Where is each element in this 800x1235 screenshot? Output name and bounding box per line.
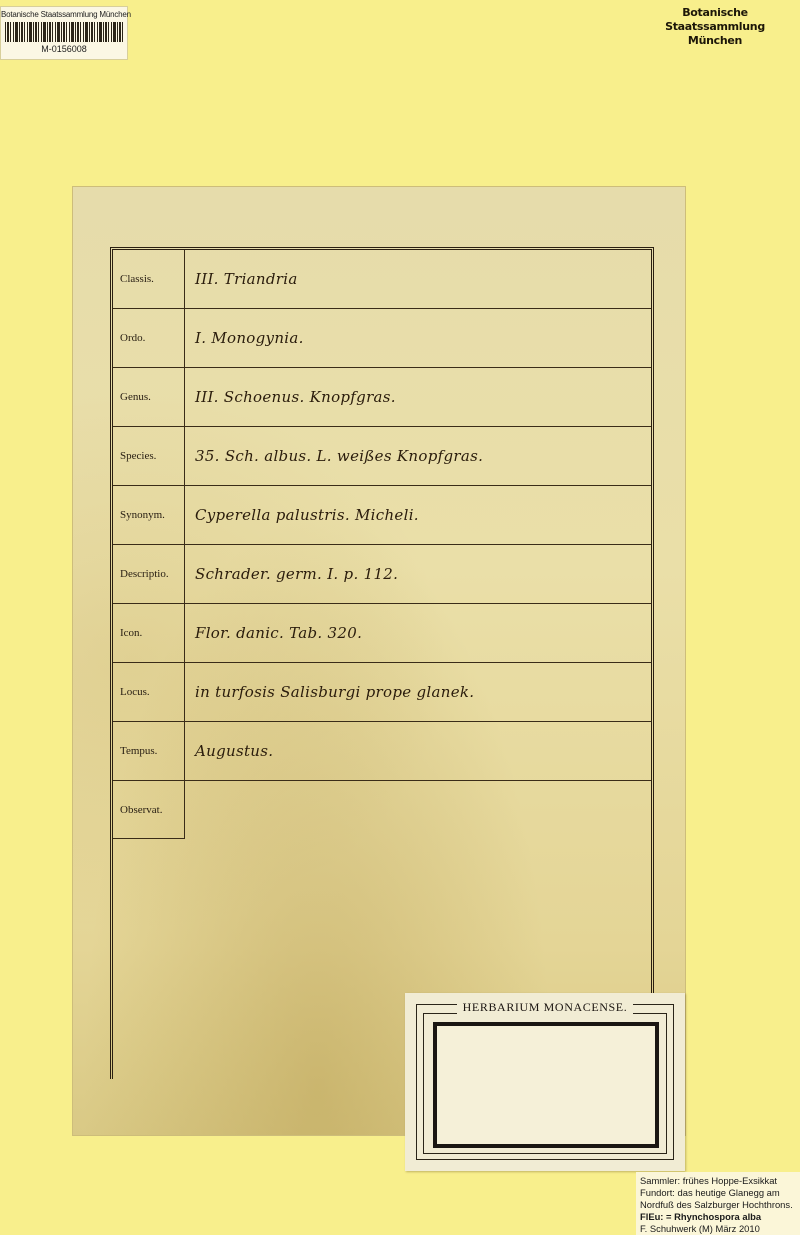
field-value: Flor. danic. Tab. 320. bbox=[185, 604, 651, 662]
label-blank-box bbox=[433, 1022, 659, 1148]
field-value: Schrader. germ. I. p. 112. bbox=[185, 545, 651, 603]
barcode-icon bbox=[5, 22, 123, 42]
field-label: Ordo. bbox=[113, 309, 185, 367]
form-row-genus: Genus. III. Schoenus. Knopfgras. bbox=[113, 368, 651, 427]
barcode-label: Botanische Staatssammlung München M-0156… bbox=[0, 6, 128, 60]
herbarium-label: HERBARIUM MONACENSE. bbox=[405, 993, 685, 1171]
stamp-line: Staatssammlung bbox=[660, 20, 770, 34]
field-value: Cyperella palustris. Micheli. bbox=[185, 486, 651, 544]
annotation-determination: FlEu: = Rhynchospora alba bbox=[640, 1211, 800, 1223]
institution-name: Botanische Staatssammlung München bbox=[1, 10, 127, 19]
field-label: Icon. bbox=[113, 604, 185, 662]
field-value: III. Schoenus. Knopfgras. bbox=[185, 368, 651, 426]
herbarium-title-text: HERBARIUM MONACENSE. bbox=[457, 1000, 634, 1014]
stamp-line: München bbox=[660, 34, 770, 48]
form-row-descriptio: Descriptio. Schrader. germ. I. p. 112. bbox=[113, 545, 651, 604]
field-label: Species. bbox=[113, 427, 185, 485]
form-row-tempus: Tempus. Augustus. bbox=[113, 722, 651, 781]
annotation-author-date: F. Schuhwerk (M) März 2010 bbox=[640, 1223, 800, 1235]
form-row-icon: Icon. Flor. danic. Tab. 320. bbox=[113, 604, 651, 663]
field-value bbox=[185, 781, 651, 839]
field-value: III. Triandria bbox=[185, 250, 651, 308]
field-label: Descriptio. bbox=[113, 545, 185, 603]
field-label: Classis. bbox=[113, 250, 185, 308]
field-value: Augustus. bbox=[185, 722, 651, 780]
field-value: in turfosis Salisburgi prope glanek. bbox=[185, 663, 651, 721]
field-value: 35. Sch. albus. L. weißes Knopfgras. bbox=[185, 427, 651, 485]
form-row-synonym: Synonym. Cyperella palustris. Micheli. bbox=[113, 486, 651, 545]
annotation-locality-cont: Nordfuß des Salzburger Hochthrons. bbox=[640, 1199, 800, 1211]
form-row-ordo: Ordo. I. Monogynia. bbox=[113, 309, 651, 368]
form-row-classis: Classis. III. Triandria bbox=[113, 250, 651, 309]
stamp-line: Botanische bbox=[660, 6, 770, 20]
form-row-species: Species. 35. Sch. albus. L. weißes Knopf… bbox=[113, 427, 651, 486]
annotation-locality: Fundort: das heutige Glanegg am bbox=[640, 1187, 800, 1199]
form-row-locus: Locus. in turfosis Salisburgi prope glan… bbox=[113, 663, 651, 722]
form-row-observat: Observat. bbox=[113, 781, 651, 839]
field-label: Synonym. bbox=[113, 486, 185, 544]
field-label: Locus. bbox=[113, 663, 185, 721]
annotation-label: Sammler: frühes Hoppe-Exsikkat Fundort: … bbox=[636, 1172, 800, 1235]
field-label: Genus. bbox=[113, 368, 185, 426]
field-label: Observat. bbox=[113, 781, 185, 839]
annotation-collector: Sammler: frühes Hoppe-Exsikkat bbox=[640, 1175, 800, 1187]
field-value: I. Monogynia. bbox=[185, 309, 651, 367]
field-label: Tempus. bbox=[113, 722, 185, 780]
institution-stamp: Botanische Staatssammlung München bbox=[660, 6, 770, 48]
herbarium-title: HERBARIUM MONACENSE. bbox=[405, 1000, 685, 1015]
specimen-code: M-0156008 bbox=[1, 44, 127, 54]
specimen-form: Classis. III. Triandria Ordo. I. Monogyn… bbox=[110, 247, 654, 1079]
